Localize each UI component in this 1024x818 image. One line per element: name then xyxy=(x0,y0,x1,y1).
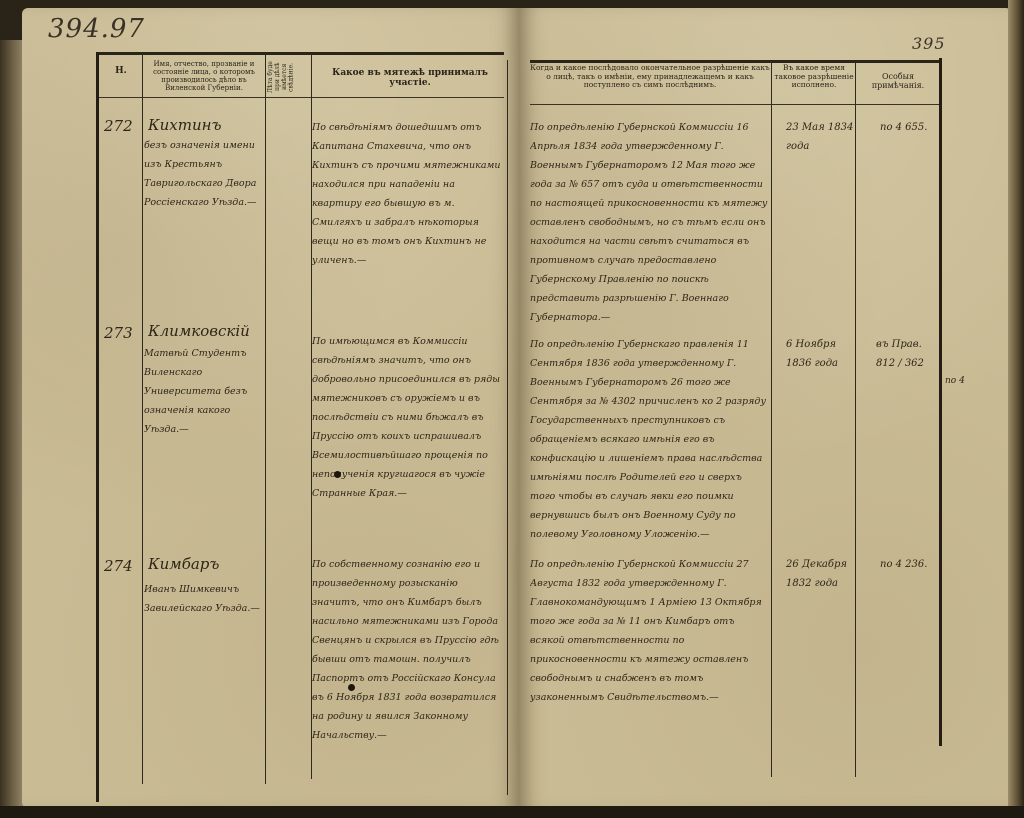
ledger-spread: 394.97 395 Н. Имя, отчество, прозваніе и… xyxy=(0,0,1024,818)
entry-name-detail: Иванъ Шимкевичъ Завилейскаго Уѣзда.— xyxy=(144,580,264,618)
entry-number: 274 xyxy=(104,558,140,574)
entry-participation: По имѣющимся въ Коммиссіи свѣдѣніямъ зна… xyxy=(312,332,506,503)
header-name: Имя, отчество, прозваніе и состояніе лиц… xyxy=(144,60,264,92)
entry-notes: по 4 236. xyxy=(880,555,938,574)
folio-number-left: 394.97 xyxy=(48,14,145,44)
col-rule-number xyxy=(142,54,143,784)
header-bottom-rule-right xyxy=(530,104,940,105)
folio-number-right: 395 xyxy=(912,34,946,53)
entry-notes: въ Прав. 812 / 362 xyxy=(876,335,938,373)
book-bottom-shadow xyxy=(0,806,1024,818)
entry-side-note: по 4 xyxy=(945,372,985,391)
right-border-rule xyxy=(939,58,942,746)
entry-surname: Климковскій xyxy=(148,322,263,341)
entry-executed-date: 26 Декабря 1832 года xyxy=(786,555,854,593)
header-age: Лѣта буде при дѣлѣ имѣется свѣдѣніе. xyxy=(268,58,308,96)
entry-name-detail: безъ означенія имени изъ Крестьянъ Таври… xyxy=(144,136,264,212)
col-rule-name xyxy=(265,54,266,784)
entry-executed-date: 23 Мая 1834 года xyxy=(786,118,854,156)
entry-participation: По свѣдѣніямъ дошедшимъ отъ Капитана Ста… xyxy=(312,118,506,270)
entry-resolution: По опредѣленію Губернской Коммиссіи 27 А… xyxy=(530,555,770,707)
entry-executed-date: 6 Ноября 1836 года xyxy=(786,335,854,373)
entry-surname: Кимбаръ xyxy=(148,555,263,574)
entry-number: 272 xyxy=(104,118,140,134)
col-rule-resolution xyxy=(771,62,772,777)
header-resolution: Когда и какое послѣдовало окончательное … xyxy=(530,64,770,90)
left-border-rule xyxy=(96,52,99,802)
header-number: Н. xyxy=(100,66,142,76)
ink-blot xyxy=(334,471,341,478)
header-top-rule-left xyxy=(98,52,504,55)
header-participation: Какое въ мятежѣ принималъ участіе. xyxy=(315,68,505,89)
header-executed: Въ какое время таковое разрѣшеніе исполн… xyxy=(773,64,855,90)
header-notes: Особыя примѣчанія. xyxy=(857,72,939,90)
entry-surname: Кихтинъ xyxy=(148,116,263,135)
book-right-edge xyxy=(1008,0,1024,818)
entry-number: 273 xyxy=(104,325,140,341)
col-rule-participation xyxy=(507,60,508,795)
entry-notes: по 4 655. xyxy=(880,118,938,137)
entry-resolution: По опредѣленію Губернскаго правленія 11 … xyxy=(530,335,770,544)
entry-resolution: По опредѣленію Губернской Коммиссіи 16 А… xyxy=(530,118,770,327)
entry-participation: По собственному сознанію его и произведе… xyxy=(312,555,506,745)
header-bottom-rule-left xyxy=(98,97,504,98)
col-rule-executed xyxy=(855,62,856,777)
entry-name-detail: Матвѣй Студентъ Виленскаго Университета … xyxy=(144,344,264,439)
ink-blot xyxy=(348,684,355,691)
